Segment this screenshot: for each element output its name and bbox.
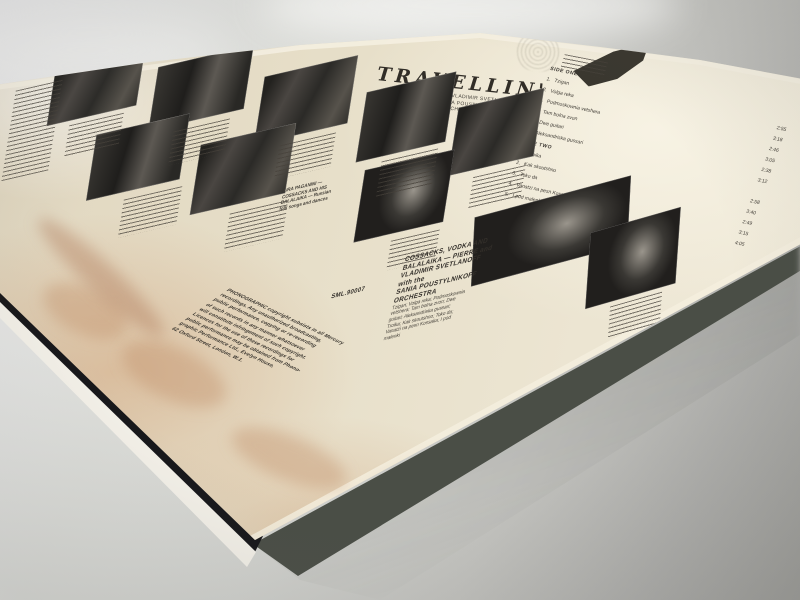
photo-caption: LIRA PAGANINI —COSSACKS AND HISBALALAIKA… (279, 171, 356, 212)
catalog-number: SML.90007 (330, 286, 365, 300)
track-duration: 4:05 (733, 238, 746, 250)
track-duration: 3:12 (756, 176, 769, 188)
photo-of-record-sleeve: TRAVELLIN' with PIERRE and VLADIMIR SVET… (0, 0, 800, 600)
copyright-block: PHONOGRAPHIC copyright subsists in all M… (169, 288, 393, 407)
caption-microtext (118, 186, 183, 238)
caption-microtext (1, 80, 62, 181)
